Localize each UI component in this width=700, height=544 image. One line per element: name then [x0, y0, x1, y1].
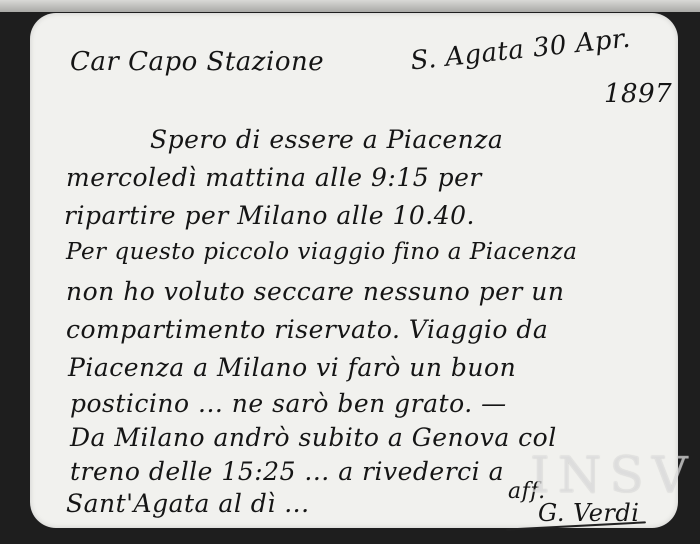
place-date: S. Agata 30 Apr. [409, 24, 632, 77]
body-line: posticino ... ne sarò ben grato. — [70, 389, 507, 418]
body-line: Spero di essere a Piacenza [150, 125, 503, 154]
salutation: Car Capo Stazione [70, 47, 324, 77]
body-line: Sant'Agata al dì ... [66, 489, 310, 518]
body-line: Piacenza a Milano vi farò un buon [68, 353, 516, 382]
body-line: non ho voluto seccare nessuno per un [66, 277, 565, 306]
body-line: Da Milano andrò subito a Genova col [70, 423, 557, 452]
watermark: INSV [530, 446, 696, 504]
body-line: compartimento riservato. Viaggio da [66, 315, 548, 344]
body-line: ripartire per Milano alle 10.40. [64, 201, 475, 230]
body-line: treno delle 15:25 ... a rivederci a [70, 457, 504, 486]
year: 1897 [604, 79, 672, 109]
body-line: mercoledì mattina alle 9:15 per [66, 163, 482, 192]
body-line: Per questo piccolo viaggio fino a Piacen… [66, 239, 577, 265]
scan-top-edge [0, 0, 700, 12]
